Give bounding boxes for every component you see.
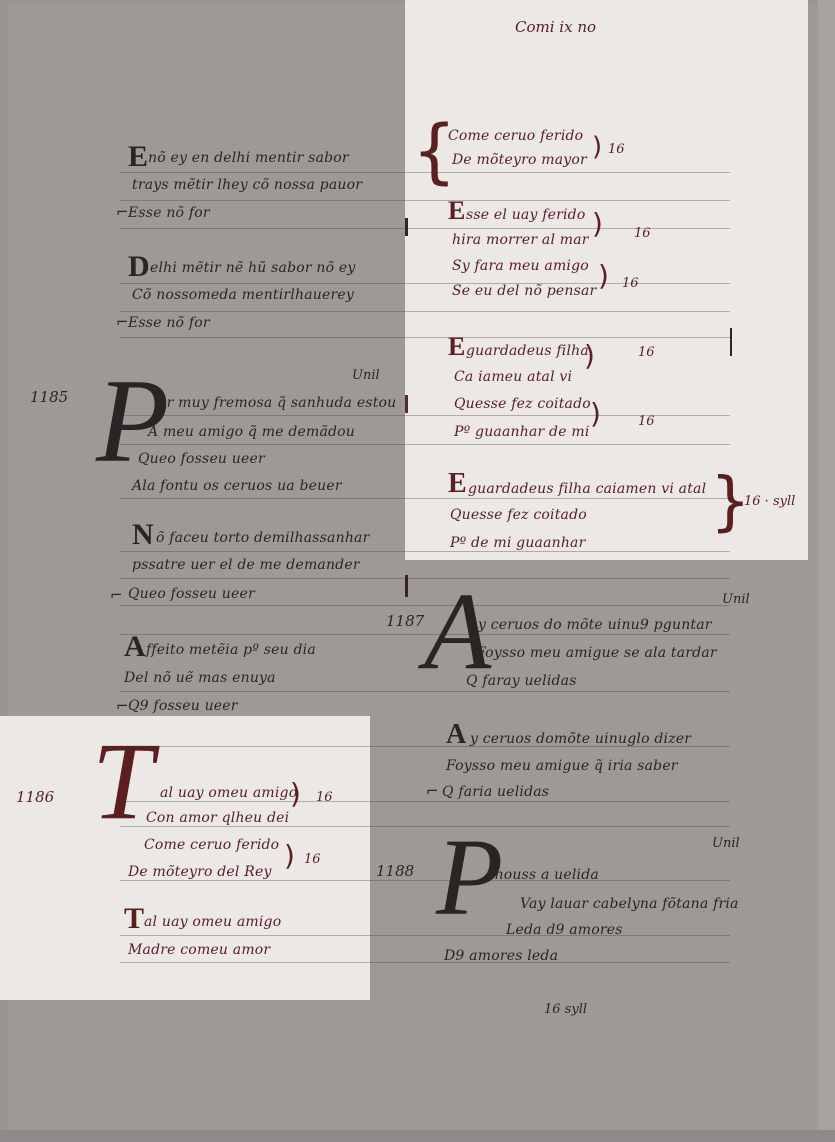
syllable-note: 16 [316,790,333,805]
initial-letter: D [128,250,150,284]
verse-line: Foysso meu amigue q̃ iria saber [446,758,678,774]
initial-letter: N [132,518,154,552]
syllable-note-footer: 16 syll [544,1002,587,1017]
verse-line: or muy fremosa q̃ sanhuda estou [158,395,396,411]
page-edge [818,0,835,1142]
ruled-line [120,962,730,963]
bracket-mark: ) [284,842,295,870]
poem-number: 1188 [376,862,414,880]
initial-letter: E [448,468,467,500]
verse-line: Pº guaanhar de mi [454,424,590,440]
ruled-line [120,551,730,552]
initial-letter: E [128,140,148,174]
verse-line: Cõ nossomeda mentirlhauerey [132,287,354,303]
initial-letter: A [124,630,146,664]
verse-line: Del nõ uẽ mas enuya [124,670,276,686]
verse-line: Come ceruo ferido [144,837,279,853]
initial-letter: T [124,902,144,936]
verse-line: Madre comeu amor [128,942,270,958]
verse-line: De mõteyro mayor [452,152,587,168]
verse-line: Quesse fez coitado [450,507,587,523]
ruled-line [120,498,730,499]
marginal-note: Unil [722,592,750,607]
verse-line: Leda d9 amores [506,922,623,938]
verse-line: Q faray uelidas [466,673,577,689]
syllable-note: 16 [638,414,655,429]
poem-number: 1187 [386,612,424,630]
curly-brace: { [412,116,457,186]
refrain-mark: ⌐ [116,313,129,331]
syllable-note: 16 [622,276,639,291]
refrain-mark: ⌐ [110,586,123,604]
verse-line: al uay omeu amigo [144,914,281,930]
verse-line: al uay omeu amigo [160,785,297,801]
bracket-mark: ) [592,210,603,238]
syllable-note: 16 [638,345,655,360]
margin-bar [405,575,408,597]
ruled-line [120,311,730,312]
initial-letter: E [448,332,465,362]
bracket-mark: ) [584,342,595,370]
bracket-mark: ) [592,134,602,160]
verse-line: Come ceruo ferido [448,128,583,144]
running-title: Comi ix no [515,18,596,36]
refrain-mark: ⌐ [116,203,129,221]
ruled-line [120,444,730,445]
marginal-note: Unil [712,836,740,851]
marginal-note: Unil [352,368,380,383]
verse-line: Ala fontu os ceruos ua beuer [132,478,342,494]
refrain-line: Q9 fosseu ueer [128,698,238,714]
verse-line: Sy fara meu amigo [452,258,589,274]
verse-line: sse el uay ferido [466,207,585,223]
margin-bar [405,218,408,236]
refrain-line: Esse nõ for [128,205,210,221]
verse-line: elhi mẽtir nẽ hũ sabor nõ ey [150,260,356,276]
refrain-line: Q faria uelidas [442,784,549,800]
decorated-initial: T [92,718,153,845]
verse-line: De mõteyro del Rey [128,864,272,880]
verse-line: hira morrer al mar [452,232,589,248]
decorated-initial: P [96,352,169,490]
verse-line: nõ ey en delhi mentir sabor [148,150,349,166]
verse-line: y ceruos domõte uinuglo dizer [470,731,691,747]
syllable-note: 16 [304,852,321,867]
verse-line: trays mẽtir lhey cõ nossa pauor [132,177,362,193]
verse-line: y ceruos do mõte uinu9 pguntar [478,617,712,633]
ruled-line [120,880,730,881]
initial-letter: E [448,196,465,226]
ruled-line [120,337,730,338]
verse-line: Foysso meu amigue se ala tardar [476,645,717,661]
syllable-note: 16 [608,142,625,157]
bracket-mark: ) [590,400,601,428]
refrain-mark: ⌐ [116,697,129,715]
verse-line: guardadeus filha caiamen vi atal [468,481,706,497]
margin-bar [405,395,408,413]
ruled-line [120,200,730,201]
verse-line: D9 amores leda [444,948,558,964]
verse-line: pssatre uer el de me demander [132,557,360,573]
refrain-mark: ⌐ [426,782,439,800]
syllable-note: 16 [634,226,651,241]
verse-line: Queo fosseu ueer [138,451,265,467]
poem-number: 1186 [16,788,54,806]
bracket-mark: ) [290,780,301,808]
refrain-line: Esse nõ for [128,315,210,331]
verse-line: A meu amigo q̃ me demãdou [148,424,355,440]
initial-letter: A [446,719,466,751]
page-edge-bottom [0,1130,835,1142]
verse-line: enouss a uelida [486,867,599,883]
refrain-line: Queo fosseu ueer [128,586,255,602]
bracket-mark: ) [598,262,609,290]
verse-line: guardadeus filha [466,343,589,359]
ruled-line [120,935,730,936]
ruled-line [120,826,730,827]
verse-line: Con amor qlheu dei [146,810,289,826]
verse-line: Se eu del nõ pensar [452,283,596,299]
verse-line: Quesse fez coitado [454,396,591,412]
verse-line: õ faceu torto demilhassanhar [156,530,369,546]
poem-number: 1185 [30,388,68,406]
verse-line: ffeito metẽia pº seu dia [146,642,316,658]
verse-line: Ca iameu atal vi [454,369,572,385]
margin-bar [730,328,732,356]
verse-line: Vay lauar cabelyna fõtana fria [520,896,739,912]
ruled-line [120,801,730,802]
syllable-note: 16 · syll [744,494,795,509]
verse-line: Pº de mi guaanhar [450,535,586,551]
